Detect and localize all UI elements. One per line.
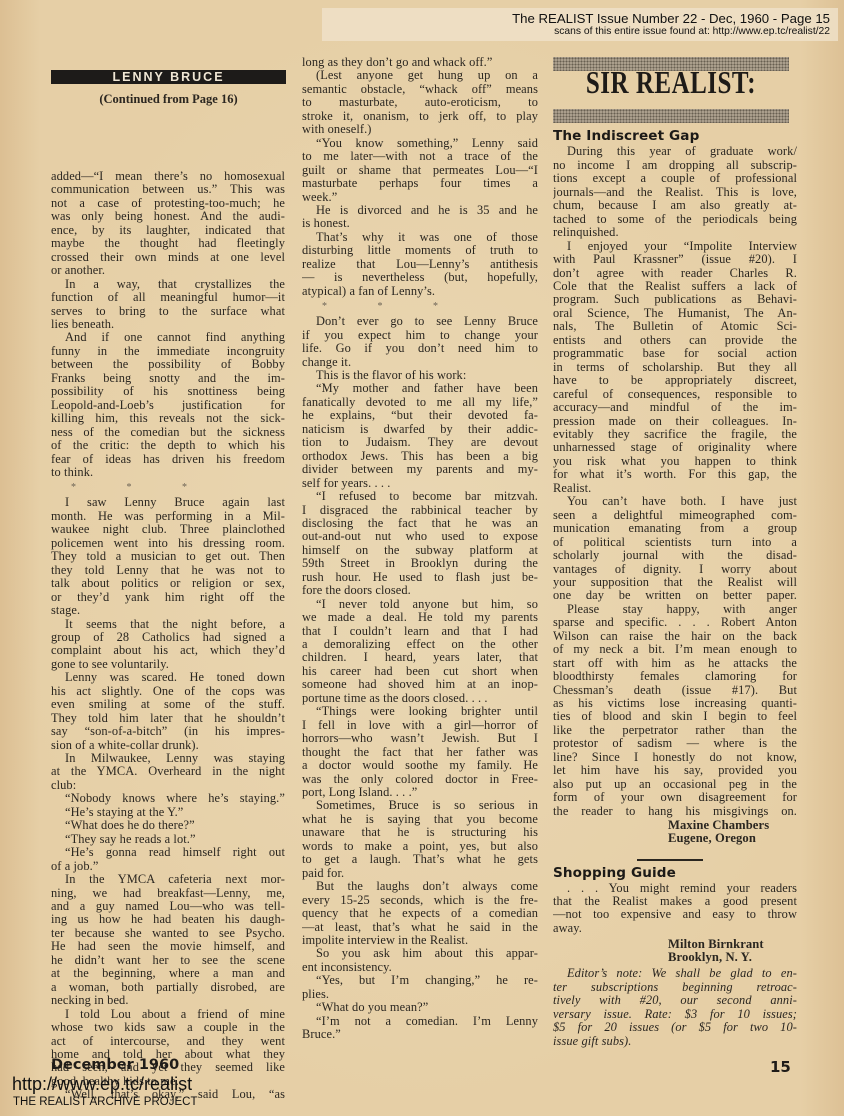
archive-stamp: The REALIST Issue Number 22 - Dec, 1960 … (322, 8, 838, 41)
text-line: I fell in love with a girl—horror of (302, 719, 538, 732)
text-line: realize that Lou—Lenny’s antithesis (302, 258, 538, 271)
text-line: of political scientists turn into a (553, 536, 797, 549)
text-line: issue gift subs). (553, 1035, 797, 1048)
text-line: out-and-out nut who used to expose (302, 530, 538, 543)
text-line: like the perpetrator rather than the (553, 724, 797, 737)
text-line: masturbate perhaps four times a (302, 177, 538, 190)
text-line: fore the doors closed. (302, 584, 538, 597)
text-line: bloodthirsty females clamoring for (553, 670, 797, 683)
text-line: —at least, that’s what he said in the (302, 921, 538, 934)
letter-body-shopping-guide: . . . You might remind your readersthat … (553, 882, 797, 936)
text-line: Chessman’s death (issue #17). But (553, 684, 797, 697)
text-line: Realist. (553, 482, 797, 495)
signature-place-1: Eugene, Oregon (553, 832, 797, 845)
text-line: Editor’s note: We shall be glad to en- (553, 967, 797, 980)
text-line: of my neck a bit. I’m mean enough to (553, 643, 797, 656)
text-line: seen a delightful mimeographed com- (553, 509, 797, 522)
text-line: someone had shoved him at an inop- (302, 678, 538, 691)
text-line: plies. (302, 988, 538, 1001)
text-line: programmatic base for social action (553, 347, 797, 360)
lenny-bruce-banner: LENNY BRUCE (51, 70, 286, 84)
text-line: They told a musician to get out. Then (51, 550, 285, 563)
text-line: words to make a point, yes, but also (302, 840, 538, 853)
text-line: communication between us.” This was (51, 183, 285, 196)
text-line: change it. (302, 356, 538, 369)
text-line: So you ask him about this appar- (302, 947, 538, 960)
text-line: tively with #20, our second anni- (553, 994, 797, 1007)
text-line: program. Such publications as Behavi- (553, 293, 797, 306)
text-line: between the possibility of Bobby (51, 358, 285, 371)
text-line: to think. (51, 466, 285, 479)
section-break-stars: * * * (302, 298, 538, 315)
text-line: don’t agree with reader Charles R. (553, 267, 797, 280)
text-line: Lenny was scared. He toned down (51, 671, 285, 684)
text-line: ter subscriptions beginning retroac- (553, 981, 797, 994)
text-line: also put up an occasional peg in the (553, 778, 797, 791)
text-line: They told him later that he shouldn’t (51, 712, 285, 725)
text-line: as his victims lose increasing quanti- (553, 697, 797, 710)
text-line: “They say he reads a lot.” (51, 833, 285, 846)
text-line: unaware that he is structuring his (302, 826, 538, 839)
archive-stamp-link[interactable]: scans of this entire issue found at: htt… (322, 26, 830, 38)
text-line: to me later—with not a trace of the (302, 150, 538, 163)
text-line: gone to see voluntarily. (51, 658, 285, 671)
issue-date: December 1960 (51, 1057, 179, 1073)
text-line: paid for. (302, 867, 538, 880)
text-line: (Lest anyone get hung up on a (302, 69, 538, 82)
text-line: whose two kids saw a couple in the (51, 1021, 285, 1034)
text-line: “Nobody knows where he’s staying.” (51, 792, 285, 805)
signature-place-2: Brooklyn, N. Y. (553, 951, 797, 964)
text-line: policemen went into his dressing room. (51, 537, 285, 550)
text-line: ence, by its laughter, indicated that (51, 224, 285, 237)
text-line: if you expect him to change your (302, 329, 538, 342)
text-line: “I never told anyone but him, so (302, 598, 538, 611)
text-line: stroke it, onanism, to jerk off, to play (302, 110, 538, 123)
text-line: tion to Judaism. They are devout (302, 436, 538, 449)
text-line: careful of consequences, responsible to (553, 388, 797, 401)
text-line: horrors—who wasn’t Jewish. But I (302, 732, 538, 745)
text-line: for what it’s worth. For this gap, the (553, 468, 797, 481)
text-line: club: (51, 779, 285, 792)
text-line: semantic obstacle, “whack off” means (302, 83, 538, 96)
text-line: tached to some of the periodicals being (553, 213, 797, 226)
text-line: “He’s gonna read himself right out (51, 846, 285, 859)
text-line: let him have his say, provided you (553, 764, 797, 777)
text-line: I saw Lenny Bruce again last (51, 496, 285, 509)
text-line: “What do you mean?” (302, 1001, 538, 1014)
text-line: a doctor would soothe my family. He (302, 759, 538, 772)
text-line: say “son-of-a-bitch” (in his impres- (51, 725, 285, 738)
text-line: disclosing the fact that he was an (302, 517, 538, 530)
text-line: lies beneath. (51, 318, 285, 331)
text-line: fanatically devoted to me all my life,” (302, 396, 538, 409)
text-line: waukee night club. Three plainclothed (51, 523, 285, 536)
text-line: —not too expensive and easy to throw (553, 908, 797, 921)
text-line: “He’s staying at the Y.” (51, 806, 285, 819)
text-line: not a case of protesting-too-much; he (51, 197, 285, 210)
text-line: stage. (51, 604, 285, 617)
text-line: “My mother and father have been (302, 382, 538, 395)
continued-note: (Continued from Page 16) (51, 92, 286, 107)
text-line: of a job.” (51, 860, 285, 873)
section-break-stars: * * * (51, 479, 285, 496)
text-line: 59th Street in Brooklyn during the (302, 557, 538, 570)
article-column-1: added—“I mean there’s no homosexualcommu… (51, 170, 285, 1102)
text-line: you risk what you happen to think (553, 455, 797, 468)
text-line: portune time as the doors closed. . . . (302, 692, 538, 705)
text-line: funny in the immediate incongruity (51, 345, 285, 358)
text-line: your supposition that the Realist will (553, 576, 797, 589)
text-line: I told Lou about a friend of mine (51, 1008, 285, 1021)
archive-url-link[interactable]: http://www.ep.tc/realist (12, 1074, 192, 1095)
text-line: vantages of dignity. I worry about (553, 563, 797, 576)
text-line: During this year of graduate work/ (553, 145, 797, 158)
text-line: in terms of scholarship. But they all (553, 361, 797, 374)
text-line: “I’m not a comedian. I’m Lenny (302, 1015, 538, 1028)
text-line: evitably they sacrifice the fragile, the (553, 428, 797, 441)
text-line: thought the fact that her father was (302, 746, 538, 759)
text-line: possibility of his snottiness being (51, 385, 285, 398)
text-line: to masturbate, auto-eroticism, to (302, 96, 538, 109)
text-line: month. He was performing in a Mil- (51, 510, 285, 523)
text-line: In a way, that crystallizes the (51, 278, 285, 291)
text-line: sparse and specific. . . . Robert Anton (553, 616, 797, 629)
text-line: oral Science, The Humanist, The An- (553, 307, 797, 320)
text-line: You can’t have both. I have just (553, 495, 797, 508)
text-line: He is divorced and he is 35 and he (302, 204, 538, 217)
text-line: with oneself.) (302, 123, 538, 136)
text-line: Franks being snotty and the im- (51, 372, 285, 385)
letter-heading-indiscreet-gap: The Indiscreet Gap (553, 130, 797, 143)
text-line: versary issue. Rate: $3 for 10 issues; (553, 1008, 797, 1021)
text-line: chum, because I am also greatly at- (553, 199, 797, 212)
text-line: It seems that the night before, a (51, 618, 285, 631)
text-line: start off with him as he attacks the (553, 657, 797, 670)
text-line: one day be written on better paper. (553, 589, 797, 602)
text-line: the reader to hang his misgivings on. (553, 805, 797, 818)
text-line: fear of ideas has driven his freedom (51, 453, 285, 466)
text-line: of the critic: the depth to which his (51, 439, 285, 452)
text-line: he explains, “but their devoted fa- (302, 409, 538, 422)
text-line: “Things were looking brighter until (302, 705, 538, 718)
text-line: Cole that the Realist suffers a lack of (553, 280, 797, 293)
text-line: This is the flavor of his work: (302, 369, 538, 382)
text-line: relinquished. (553, 226, 797, 239)
text-line: unharnessed stage of originality where (553, 441, 797, 454)
text-line: Wilson can raise the hair on the back (553, 630, 797, 643)
text-line: to get a laugh. That’s what he gets (302, 853, 538, 866)
text-line: disturbing little moments of truth to (302, 244, 538, 257)
text-line: or they’d yank him right off the (51, 591, 285, 604)
text-line: line? Since I honestly do not know, (553, 751, 797, 764)
text-line: group of 28 Catholics had signed a (51, 631, 285, 644)
section-divider (637, 859, 703, 861)
text-line: serves to bring to the surface what (51, 305, 285, 318)
text-line: that the Realist makes a good present (553, 895, 797, 908)
text-line: that I couldn’t learn and that I had (302, 625, 538, 638)
text-line: I enjoyed your “Impolite Interview (553, 240, 797, 253)
text-line: or another. (51, 264, 285, 277)
text-line: divider between my parents and my- (302, 463, 538, 476)
text-line: life. Go if you don’t need him to (302, 342, 538, 355)
text-line: $5 for 20 issues (or $5 for two 10- (553, 1021, 797, 1034)
text-line: In Milwaukee, Lenny was staying (51, 752, 285, 765)
text-line: function of all meaningful humor—it (51, 291, 285, 304)
text-line: ties of blood and skin I begin to feel (553, 710, 797, 723)
text-line: he didn’t want her to see the scene (51, 954, 285, 967)
text-line: even smiling at some of the stuff. (51, 698, 285, 711)
text-line: rush hour. He used to flash just be- (302, 571, 538, 584)
text-line: I disgraced the rabbinical teacher by (302, 504, 538, 517)
text-line: But the laughs don’t always come (302, 880, 538, 893)
text-line: impolite interview in the Realist. (302, 934, 538, 947)
article-column-2: long as they don’t go and whack off.”(Le… (302, 56, 538, 1042)
text-line: port, Long Island. . . .” (302, 786, 538, 799)
text-line: every 15-25 seconds, which is the fre- (302, 894, 538, 907)
letters-column: The Indiscreet Gap During this year of g… (553, 150, 797, 1048)
text-line: entists and others can provide the (553, 334, 797, 347)
text-line: atypical) a fan of Lenny’s. (302, 285, 538, 298)
text-line: was the only colored doctor in Free- (302, 773, 538, 786)
text-line: ing us how he had beaten his daugh- (51, 913, 285, 926)
text-line: Don’t ever go to see Lenny Bruce (302, 315, 538, 328)
text-line: scholarly journal with the disad- (553, 549, 797, 562)
text-line: and a guy named Lou—who was tell- (51, 900, 285, 913)
text-line: ent inconsistency. (302, 961, 538, 974)
text-line: Please stay happy, with anger (553, 603, 797, 616)
text-line: tions except a couple of professional (553, 172, 797, 185)
text-line: ter because she wanted to see Psycho. (51, 927, 285, 940)
text-line: munication emanating from a group (553, 522, 797, 535)
text-line: at the YMCA. Overheard in the night (51, 765, 285, 778)
text-line: guilt or shame that permeates Lou—“I (302, 164, 538, 177)
text-line: “Yes, but I’m changing,” he re- (302, 974, 538, 987)
text-line: “What does he do there?” (51, 819, 285, 832)
text-line: That’s why it was one of those (302, 231, 538, 244)
text-line: no income I am dropping all subscrip- (553, 159, 797, 172)
archive-project-name: THE REALIST ARCHIVE PROJECT (13, 1096, 197, 1108)
text-line: form of your own disagreement for (553, 791, 797, 804)
text-line: with Paul Krassner” (issue #20). I (553, 253, 797, 266)
text-line: killing him, this reveals not the sick- (51, 412, 285, 425)
text-line: at the beginning, where a man and (51, 967, 285, 980)
text-line: protestor of sadism — where is the (553, 737, 797, 750)
text-line: his career had been cut short when (302, 665, 538, 678)
editors-note: Editor’s note: We shall be glad to en-te… (553, 967, 797, 1048)
text-line: sion of a white-collar drunk). (51, 739, 285, 752)
text-line: self for years. . . . (302, 477, 538, 490)
text-line: nals, The Bulletin of Atomic Sci- (553, 320, 797, 333)
text-line: orthodox Jews. This has been a big (302, 450, 538, 463)
text-line: act of intercourse, and they went (51, 1035, 285, 1048)
page-number: 15 (770, 1058, 791, 1076)
text-line: added—“I mean there’s no homosexual (51, 170, 285, 183)
magazine-page: The REALIST Issue Number 22 - Dec, 1960 … (0, 0, 844, 1116)
text-line: ness of the comedian but the sickness (51, 426, 285, 439)
letter-body-indiscreet-gap: During this year of graduate work/no inc… (553, 145, 797, 818)
text-line: himself on the subway platform at (302, 544, 538, 557)
text-line: He had seen the movie himself, and (51, 940, 285, 953)
text-line: a demoralizing effect on the other (302, 638, 538, 651)
text-line: what he is saying that you become (302, 813, 538, 826)
text-line: children. I heard, years later, that (302, 651, 538, 664)
text-line: In the YMCA cafeteria next mor- (51, 873, 285, 886)
text-line: a woman, both partially disrobed, are (51, 981, 285, 994)
text-line: journals—and the Realist. This is love, (553, 186, 797, 199)
text-line: was only being honest. And the audi- (51, 210, 285, 223)
sir-realist-title: SIR REALIST: (553, 67, 789, 102)
text-line: crossed their own minds at one level (51, 251, 285, 264)
text-line: complaint about his act, which they’d (51, 644, 285, 657)
text-line: talk about politics or religion or sex, (51, 577, 285, 590)
text-line: “You know something,” Lenny said (302, 137, 538, 150)
text-line: maybe the thought had fleetingly (51, 237, 285, 250)
letter-heading-shopping-guide: Shopping Guide (553, 867, 797, 880)
archive-stamp-title: The REALIST Issue Number 22 - Dec, 1960 … (322, 11, 830, 26)
text-line: have to be appropriately discreet, (553, 374, 797, 387)
text-line: is honest. (302, 217, 538, 230)
text-line: we made a deal. He told my parents (302, 611, 538, 624)
text-line: . . . You might remind your readers (553, 882, 797, 895)
text-line: away. (553, 922, 797, 935)
text-line: Bruce.” (302, 1028, 538, 1041)
text-line: quency that he expects of a comedian (302, 907, 538, 920)
text-line: they told Lenny that he was not to (51, 564, 285, 577)
text-line: “I refused to become bar mitzvah. (302, 490, 538, 503)
text-line: Sometimes, Bruce is so serious in (302, 799, 538, 812)
text-line: accuracy—and mindful of the im- (553, 401, 797, 414)
text-line: naticism is dwarfed by their addic- (302, 423, 538, 436)
text-line: And if one cannot find anything (51, 331, 285, 344)
text-line: Leopold-and-Loeb’s justification for (51, 399, 285, 412)
text-line: ning, we had breakfast—Lenny, me, (51, 887, 285, 900)
halftone-rule-bottom (553, 109, 789, 123)
text-line: long as they don’t go and whack off.” (302, 56, 538, 69)
text-line: — is nevertheless (but, hopefully, (302, 271, 538, 284)
text-line: necking in bed. (51, 994, 285, 1007)
text-line: week.” (302, 191, 538, 204)
text-line: his act slightly. One of the cops was (51, 685, 285, 698)
text-line: pression made on their colleagues. In- (553, 415, 797, 428)
